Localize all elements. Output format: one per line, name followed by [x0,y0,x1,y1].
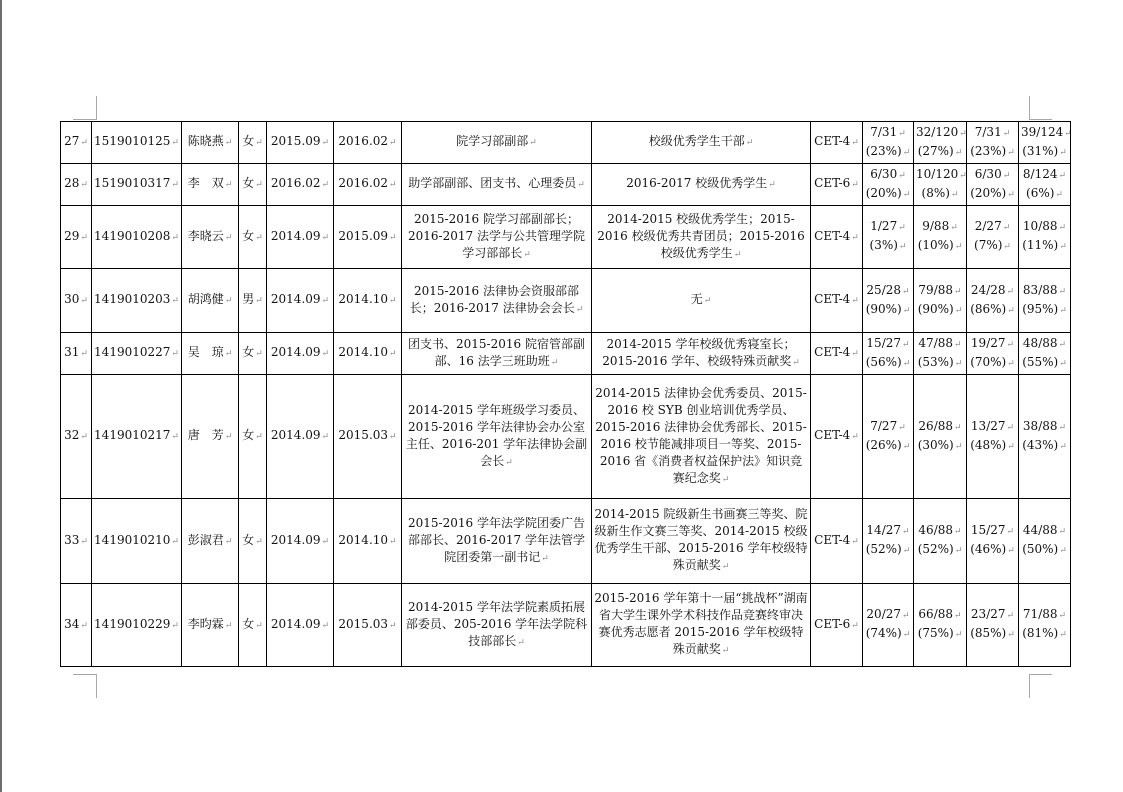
paragraph-mark-icon: ↵ [1007,340,1015,350]
paragraph-mark-icon: ↵ [322,138,330,148]
cell-text-name: 陈晓燕 [188,134,224,148]
positions-held[interactable]: 2015-2016 院学习部副部长；2016-2017 法学与公共管理学院学习部… [402,206,592,269]
rank-cell-1[interactable]: 1/27↵(3%)↵ [863,206,914,269]
cell-text-end: 2014.10 [338,345,388,359]
start-date[interactable]: 2014.09↵ [267,584,334,667]
rank-cell-2[interactable]: 9/88↵(10%)↵ [914,206,967,269]
paragraph-mark-icon: ↵ [255,432,263,442]
positions-held[interactable]: 2015-2016 学年法学院团委广告部部长、2016-2017 学年法管学院团… [402,499,592,584]
cell-text-start: 2014.09 [271,292,321,306]
positions-held[interactable]: 2014-2015 学年法学院素质拓展部委员、205-2016 学年法学院科技部… [402,584,592,667]
paragraph-mark-icon: ↵ [704,296,712,306]
cet-level[interactable]: CET-6↵ [811,584,863,667]
cell-text-rank2: 66/88 [918,607,953,621]
cell-text-name: 李晓云 [188,229,224,243]
cell-text-rank4: 8/124 [1023,167,1058,181]
cell-text-pct1: (74%) [866,626,902,640]
cell-text-rank1: 6/30 [870,167,897,181]
paragraph-mark-icon: ↵ [225,349,233,359]
paragraph-mark-icon: ↵ [80,233,88,243]
end-date[interactable]: 2014.10↵ [334,499,402,584]
paragraph-mark-icon: ↵ [171,296,179,306]
window-left-border [0,0,2,792]
table-row: 31↵ 1419010227↵ 吴 琼↵ 女↵ 2014.09↵ 2014.10… [61,333,1071,375]
cell-text-end: 2014.10 [338,533,388,547]
cell-text-honors: 无 [691,292,703,306]
cell-text-rank3: 24/28 [971,283,1006,297]
paragraph-mark-icon: ↵ [255,138,263,148]
honors-awards[interactable]: 无↵ [592,269,811,333]
cell-text-gender: 男 [242,292,254,306]
row-number[interactable]: 28↵ [61,164,92,206]
paragraph-mark-icon: ↵ [322,537,330,547]
gender[interactable]: 女↵ [239,375,267,499]
cell-text-pct2: (10%) [918,238,954,252]
student-name[interactable]: 彭淑君↵ [182,499,239,584]
paragraph-mark-icon: ↵ [255,621,263,631]
rank-cell-2[interactable]: 66/88↵(75%)↵ [914,584,967,667]
paragraph-mark-icon: ↵ [80,296,88,306]
rank-cell-1[interactable]: 7/27↵(26%)↵ [863,375,914,499]
positions-held[interactable]: 2014-2015 学年班级学习委员、2015-2016 学年法律协会办公室主任… [402,375,592,499]
rank-cell-1[interactable]: 7/31↵(23%)↵ [863,122,914,164]
paragraph-mark-icon: ↵ [954,527,962,537]
cell-text-cet: CET-4 [814,345,850,359]
paragraph-mark-icon: ↵ [898,129,906,139]
cell-text-rank1: 25/28 [866,283,901,297]
paragraph-mark-icon: ↵ [1007,359,1015,369]
rank-cell-4[interactable]: 10/88↵(11%)↵ [1019,206,1071,269]
paragraph-mark-icon: ↵ [80,432,88,442]
paragraph-mark-icon: ↵ [322,233,330,243]
paragraph-mark-icon: ↵ [851,233,859,243]
row-number[interactable]: 29↵ [61,206,92,269]
rank-cell-4[interactable]: 8/124↵(6%)↵ [1019,164,1071,206]
cell-text-pct3: (86%) [970,302,1006,316]
paragraph-mark-icon: ↵ [255,233,263,243]
cell-text-pct3: (70%) [970,355,1006,369]
student-name[interactable]: 李 双↵ [182,164,239,206]
cell-text-student_id: 1419010210 [94,533,170,547]
student-id[interactable]: 1519010125↵ [92,122,182,164]
cell-text-cet: CET-6 [814,617,850,631]
paragraph-mark-icon: ↵ [902,527,910,537]
paragraph-mark-icon: ↵ [722,475,730,485]
paragraph-mark-icon: ↵ [734,250,742,260]
paragraph-mark-icon: ↵ [389,537,397,547]
cell-text-pct3: (23%) [970,144,1006,158]
paragraph-mark-icon: ↵ [1003,129,1011,139]
paragraph-mark-icon: ↵ [551,358,559,368]
paragraph-mark-icon: ↵ [1059,287,1067,297]
student-id[interactable]: 1419010227↵ [92,333,182,375]
cell-text-pct2: (53%) [918,355,954,369]
rank-cell-3[interactable]: 2/27↵(7%)↵ [967,206,1019,269]
rank-cell-2[interactable]: 26/88↵(30%)↵ [914,375,967,499]
paragraph-mark-icon: ↵ [225,180,233,190]
paragraph-mark-icon: ↵ [898,223,906,233]
cell-text-rank4: 83/88 [1023,283,1058,297]
cet-level[interactable]: CET-4↵ [811,375,863,499]
paragraph-mark-icon: ↵ [389,138,397,148]
cell-text-student_id: 1419010229 [94,617,170,631]
cell-text-rank2: 46/88 [918,523,953,537]
paragraph-mark-icon: ↵ [171,180,179,190]
end-date[interactable]: 2015.03↵ [334,375,402,499]
table-row: 30↵ 1419010203↵ 胡鸿健↵ 男↵ 2014.09↵ 2014.10… [61,269,1071,333]
cell-text-no: 29 [64,229,79,243]
start-date[interactable]: 2016.02↵ [267,164,334,206]
rank-cell-4[interactable]: 44/88↵(50%)↵ [1019,499,1071,584]
cell-text-student_id: 1419010203 [94,292,170,306]
paragraph-mark-icon: ↵ [389,233,397,243]
paragraph-mark-icon: ↵ [792,358,800,368]
paragraph-mark-icon: ↵ [851,432,859,442]
cell-text-pct1: (3%) [870,238,898,252]
paragraph-mark-icon: ↵ [389,349,397,359]
cell-text-honors: 2016-2017 校级优秀学生 [626,176,767,190]
cell-text-pct4: (43%) [1022,438,1058,452]
start-date[interactable]: 2014.09↵ [267,375,334,499]
cell-text-cet: CET-4 [814,134,850,148]
rank-cell-1[interactable]: 20/27↵(74%)↵ [863,584,914,667]
student-id[interactable]: 1419010229↵ [92,584,182,667]
paragraph-mark-icon: ↵ [255,349,263,359]
paragraph-mark-icon: ↵ [171,349,179,359]
paragraph-mark-icon: ↵ [898,423,906,433]
student-name[interactable]: 吴 琼↵ [182,333,239,375]
positions-held[interactable]: 院学习部副部↵ [402,122,592,164]
paragraph-mark-icon: ↵ [902,287,910,297]
cell-text-start: 2015.09 [271,134,321,148]
cell-text-honors: 校级优秀学生干部 [649,134,745,148]
cell-text-pct2: (30%) [918,438,954,452]
rank-cell-1[interactable]: 14/27↵(52%)↵ [863,499,914,584]
honors-awards[interactable]: 2015-2016 学年第十一届“挑战杯”湖南省大学生课外学术科技作品竞赛终审决… [592,584,811,667]
student-name[interactable]: 唐 芳↵ [182,375,239,499]
table-row: 27↵ 1519010125↵ 陈晓燕↵ 女↵ 2015.09↵ 2016.02… [61,122,1071,164]
cell-text-pct2: (27%) [918,144,954,158]
cell-text-pct3: (20%) [970,186,1006,200]
start-date[interactable]: 2014.09↵ [267,269,334,333]
start-date[interactable]: 2014.09↵ [267,499,334,584]
paragraph-mark-icon: ↵ [80,180,88,190]
cell-text-cet: CET-4 [814,292,850,306]
cell-text-pct1: (90%) [866,302,902,316]
rank-cell-3[interactable]: 23/27↵(85%)↵ [967,584,1019,667]
cet-level[interactable]: CET-6↵ [811,164,863,206]
paragraph-mark-icon: ↵ [1059,171,1067,181]
rank-cell-2[interactable]: 79/88↵(90%)↵ [914,269,967,333]
cell-text-pct2: (75%) [918,626,954,640]
cell-text-name: 李 双 [188,176,224,190]
gender[interactable]: 女↵ [239,122,267,164]
cell-text-name: 李昀霖 [188,617,224,631]
paragraph-mark-icon: ↵ [225,296,233,306]
cell-text-end: 2014.10 [338,292,388,306]
paragraph-mark-icon: ↵ [1059,242,1067,252]
cell-text-pct3: (48%) [970,438,1006,452]
cell-text-no: 31 [64,345,79,359]
paragraph-mark-icon: ↵ [768,180,776,190]
student-id[interactable]: 1419010210↵ [92,499,182,584]
paragraph-mark-icon: ↵ [255,537,263,547]
honors-awards[interactable]: 2014-2015 学年校级优秀寝室长；2015-2016 学年、校级特殊贡献奖… [592,333,811,375]
rank-cell-4[interactable]: 71/88↵(81%)↵ [1019,584,1071,667]
paragraph-mark-icon: ↵ [1059,306,1067,316]
cell-text-rank4: 44/88 [1023,523,1058,537]
cell-text-rank4: 38/88 [1023,419,1058,433]
page-corner-mark-top-left [73,96,97,120]
paragraph-mark-icon: ↵ [851,296,859,306]
row-number[interactable]: 30↵ [61,269,92,333]
cell-text-pct2: (52%) [918,542,954,556]
cell-text-honors: 2014-2015 学年校级优秀寝室长；2015-2016 学年、校级特殊贡献奖 [602,337,795,368]
rank-cell-3[interactable]: 13/27↵(48%)↵ [967,375,1019,499]
cell-text-honors: 2014-2015 院级新生书画赛三等奖、院级新生作文赛三等奖、2014-201… [595,507,808,572]
paragraph-mark-icon: ↵ [1059,359,1067,369]
end-date[interactable]: 2016.02↵ [334,122,402,164]
paragraph-mark-icon: ↵ [955,442,963,452]
paragraph-mark-icon: ↵ [903,190,911,200]
rank-cell-3[interactable]: 7/31↵(23%)↵ [967,122,1019,164]
end-date[interactable]: 2014.10↵ [334,269,402,333]
paragraph-mark-icon: ↵ [529,138,537,148]
cet-level[interactable]: CET-4↵ [811,122,863,164]
cell-text-pct4: (95%) [1022,302,1058,316]
paragraph-mark-icon: ↵ [903,546,911,556]
paragraph-mark-icon: ↵ [1007,190,1015,200]
paragraph-mark-icon: ↵ [1003,242,1011,252]
cet-level[interactable]: CET-4↵ [811,333,863,375]
student-name[interactable]: 陈晓燕↵ [182,122,239,164]
rank-cell-1[interactable]: 15/27↵(56%)↵ [863,333,914,375]
rank-cell-3[interactable]: 19/27↵(70%)↵ [967,333,1019,375]
cell-text-no: 30 [64,292,79,306]
paragraph-mark-icon: ↵ [541,554,549,564]
paragraph-mark-icon: ↵ [1007,442,1015,452]
gender[interactable]: 女↵ [239,164,267,206]
paragraph-mark-icon: ↵ [955,242,963,252]
paragraph-mark-icon: ↵ [1007,611,1015,621]
end-date[interactable]: 2015.03↵ [334,584,402,667]
cell-text-gender: 女 [242,533,254,547]
cell-text-pct3: (46%) [970,542,1006,556]
paragraph-mark-icon: ↵ [955,359,963,369]
paragraph-mark-icon: ↵ [322,349,330,359]
paragraph-mark-icon: ↵ [171,233,179,243]
cell-text-rank2: 47/88 [918,336,953,350]
paragraph-mark-icon: ↵ [225,537,233,547]
cell-text-pct4: (55%) [1022,355,1058,369]
paragraph-mark-icon: ↵ [851,349,859,359]
rank-cell-1[interactable]: 25/28↵(90%)↵ [863,269,914,333]
paragraph-mark-icon: ↵ [1007,630,1015,640]
paragraph-mark-icon: ↵ [1059,423,1067,433]
row-number[interactable]: 34↵ [61,584,92,667]
cell-text-honors: 2014-2015 法律协会优秀委员、2015-2016 校 SYB 创业培训优… [595,386,807,485]
cell-text-pct2: (90%) [918,302,954,316]
cell-text-start: 2014.09 [271,617,321,631]
paragraph-mark-icon: ↵ [903,442,911,452]
cell-text-rank3: 23/27 [971,607,1006,621]
cell-text-pct1: (23%) [866,144,902,158]
rank-cell-4[interactable]: 83/88↵(95%)↵ [1019,269,1071,333]
student-name[interactable]: 李昀霖↵ [182,584,239,667]
page-corner-mark-bottom-left [73,674,97,698]
start-date[interactable]: 2015.09↵ [267,122,334,164]
cell-text-positions: 2015-2016 学年法学院团委广告部部长、2016-2017 学年法管学院团… [408,516,585,564]
positions-held[interactable]: 2015-2016 法律协会资服部部长；2016-2017 法律协会会长↵ [402,269,592,333]
cell-text-gender: 女 [242,428,254,442]
student-id[interactable]: 1419010208↵ [92,206,182,269]
cell-text-student_id: 1519010317 [94,176,170,190]
honors-awards[interactable]: 校级优秀学生干部↵ [592,122,811,164]
honors-awards[interactable]: 2014-2015 院级新生书画赛三等奖、院级新生作文赛三等奖、2014-201… [592,499,811,584]
cell-text-rank1: 14/27 [866,523,901,537]
paragraph-mark-icon: ↵ [902,340,910,350]
paragraph-mark-icon: ↵ [950,223,958,233]
paragraph-mark-icon: ↵ [523,250,531,260]
student-name[interactable]: 李晓云↵ [182,206,239,269]
paragraph-mark-icon: ↵ [1059,630,1067,640]
honors-awards[interactable]: 2014-2015 校级优秀学生；2015-2016 校级优秀共青团员；2015… [592,206,811,269]
cell-text-pct1: (20%) [866,186,902,200]
rank-cell-4[interactable]: 38/88↵(43%)↵ [1019,375,1071,499]
positions-held[interactable]: 助学部副部、团支书、心理委员↵ [402,164,592,206]
paragraph-mark-icon: ↵ [954,423,962,433]
paragraph-mark-icon: ↵ [322,621,330,631]
student-name[interactable]: 胡鸿健↵ [182,269,239,333]
cell-text-gender: 女 [242,617,254,631]
cell-text-rank2: 32/120 [916,125,958,139]
gender[interactable]: 女↵ [239,333,267,375]
cell-text-rank1: 7/31 [870,125,897,139]
paragraph-mark-icon: ↵ [389,180,397,190]
cell-text-no: 34 [64,617,79,631]
cet-level[interactable]: CET-4↵ [811,499,863,584]
paragraph-mark-icon: ↵ [517,638,525,648]
paragraph-mark-icon: ↵ [1007,148,1015,158]
cell-text-no: 27 [64,134,79,148]
table-row: 33↵ 1419010210↵ 彭淑君↵ 女↵ 2014.09↵ 2014.10… [61,499,1071,584]
paragraph-mark-icon: ↵ [1059,611,1067,621]
cell-text-rank3: 19/27 [971,336,1006,350]
cell-text-rank4: 48/88 [1023,336,1058,350]
page-corner-mark-bottom-right [1029,674,1052,698]
cell-text-start: 2016.02 [271,176,321,190]
cell-text-pct2: (8%) [922,186,950,200]
paragraph-mark-icon: ↵ [959,129,966,139]
paragraph-mark-icon: ↵ [955,630,963,640]
start-date[interactable]: 2014.09↵ [267,206,334,269]
rank-cell-2[interactable]: 46/88↵(52%)↵ [914,499,967,584]
row-number[interactable]: 32↵ [61,375,92,499]
row-number[interactable]: 33↵ [61,499,92,584]
cell-text-name: 彭淑君 [188,533,224,547]
paragraph-mark-icon: ↵ [746,138,754,148]
student-id[interactable]: 1419010203↵ [92,269,182,333]
paragraph-mark-icon: ↵ [1007,287,1015,297]
gender[interactable]: 女↵ [239,206,267,269]
paragraph-mark-icon: ↵ [1059,527,1067,537]
end-date[interactable]: 2014.10↵ [334,333,402,375]
cell-text-rank4: 71/88 [1023,607,1058,621]
paragraph-mark-icon: ↵ [954,287,962,297]
cet-level[interactable]: CET-4↵ [811,269,863,333]
student-id[interactable]: 1519010317↵ [92,164,182,206]
cell-text-pct1: (56%) [866,355,902,369]
cell-text-name: 吴 琼 [188,345,224,359]
cell-text-rank2: 26/88 [918,419,953,433]
end-date[interactable]: 2016.02↵ [334,164,402,206]
gender[interactable]: 女↵ [239,584,267,667]
row-number[interactable]: 31↵ [61,333,92,375]
paragraph-mark-icon: ↵ [1064,129,1070,139]
cet-level[interactable]: CET-4↵ [811,206,863,269]
paragraph-mark-icon: ↵ [903,306,911,316]
cell-text-positions: 2014-2015 学年法学院素质拓展部委员、205-2016 学年法学院科技部… [406,600,587,648]
rank-cell-3[interactable]: 24/28↵(86%)↵ [967,269,1019,333]
cell-text-student_id: 1419010208 [94,229,170,243]
rank-cell-1[interactable]: 6/30↵(20%)↵ [863,164,914,206]
rank-cell-3[interactable]: 6/30↵(20%)↵ [967,164,1019,206]
end-date[interactable]: 2015.09↵ [334,206,402,269]
cell-text-end: 2015.03 [338,428,388,442]
gender[interactable]: 男↵ [239,269,267,333]
paragraph-mark-icon: ↵ [1055,190,1063,200]
student-id[interactable]: 1419010217↵ [92,375,182,499]
paragraph-mark-icon: ↵ [171,621,179,631]
cell-text-rank3: 2/27 [975,219,1002,233]
paragraph-mark-icon: ↵ [389,432,397,442]
table-row: 32↵ 1419010217↵ 唐 芳↵ 女↵ 2014.09↵ 2015.03… [61,375,1071,499]
positions-held[interactable]: 团支书、2015-2016 院宿管部副部、16 法学三班助班↵ [402,333,592,375]
cell-text-no: 28 [64,176,79,190]
paragraph-mark-icon: ↵ [1007,423,1015,433]
cell-text-end: 2016.02 [338,134,388,148]
paragraph-mark-icon: ↵ [955,148,963,158]
honors-awards[interactable]: 2014-2015 法律协会优秀委员、2015-2016 校 SYB 创业培训优… [592,375,811,499]
rank-cell-2[interactable]: 32/120↵(27%)↵ [914,122,967,164]
paragraph-mark-icon: ↵ [903,148,911,158]
rank-cell-2[interactable]: 10/120↵(8%)↵ [914,164,967,206]
row-number[interactable]: 27↵ [61,122,92,164]
cell-text-rank4: 39/124 [1021,125,1063,139]
cell-text-rank3: 7/31 [975,125,1002,139]
cell-text-gender: 女 [242,134,254,148]
cell-text-rank2: 10/120 [916,167,958,181]
paragraph-mark-icon: ↵ [1059,340,1067,350]
rank-cell-2[interactable]: 47/88↵(53%)↵ [914,333,967,375]
rank-cell-3[interactable]: 15/27↵(46%)↵ [967,499,1019,584]
cell-text-pct1: (26%) [866,438,902,452]
cell-text-cet: CET-6 [814,176,850,190]
paragraph-mark-icon: ↵ [851,537,859,547]
paragraph-mark-icon: ↵ [255,296,263,306]
cell-text-end: 2016.02 [338,176,388,190]
gender[interactable]: 女↵ [239,499,267,584]
cell-text-rank2: 9/88 [922,219,949,233]
page-corner-mark-top-right [1029,96,1052,120]
paragraph-mark-icon: ↵ [1059,546,1067,556]
table-row: 29↵ 1419010208↵ 李晓云↵ 女↵ 2014.09↵ 2015.09… [61,206,1071,269]
cell-text-rank3: 15/27 [971,523,1006,537]
start-date[interactable]: 2014.09↵ [267,333,334,375]
honors-awards[interactable]: 2016-2017 校级优秀学生↵ [592,164,811,206]
rank-cell-4[interactable]: 48/88↵(55%)↵ [1019,333,1071,375]
rank-cell-4[interactable]: 39/124↵(31%)↵ [1019,122,1071,164]
